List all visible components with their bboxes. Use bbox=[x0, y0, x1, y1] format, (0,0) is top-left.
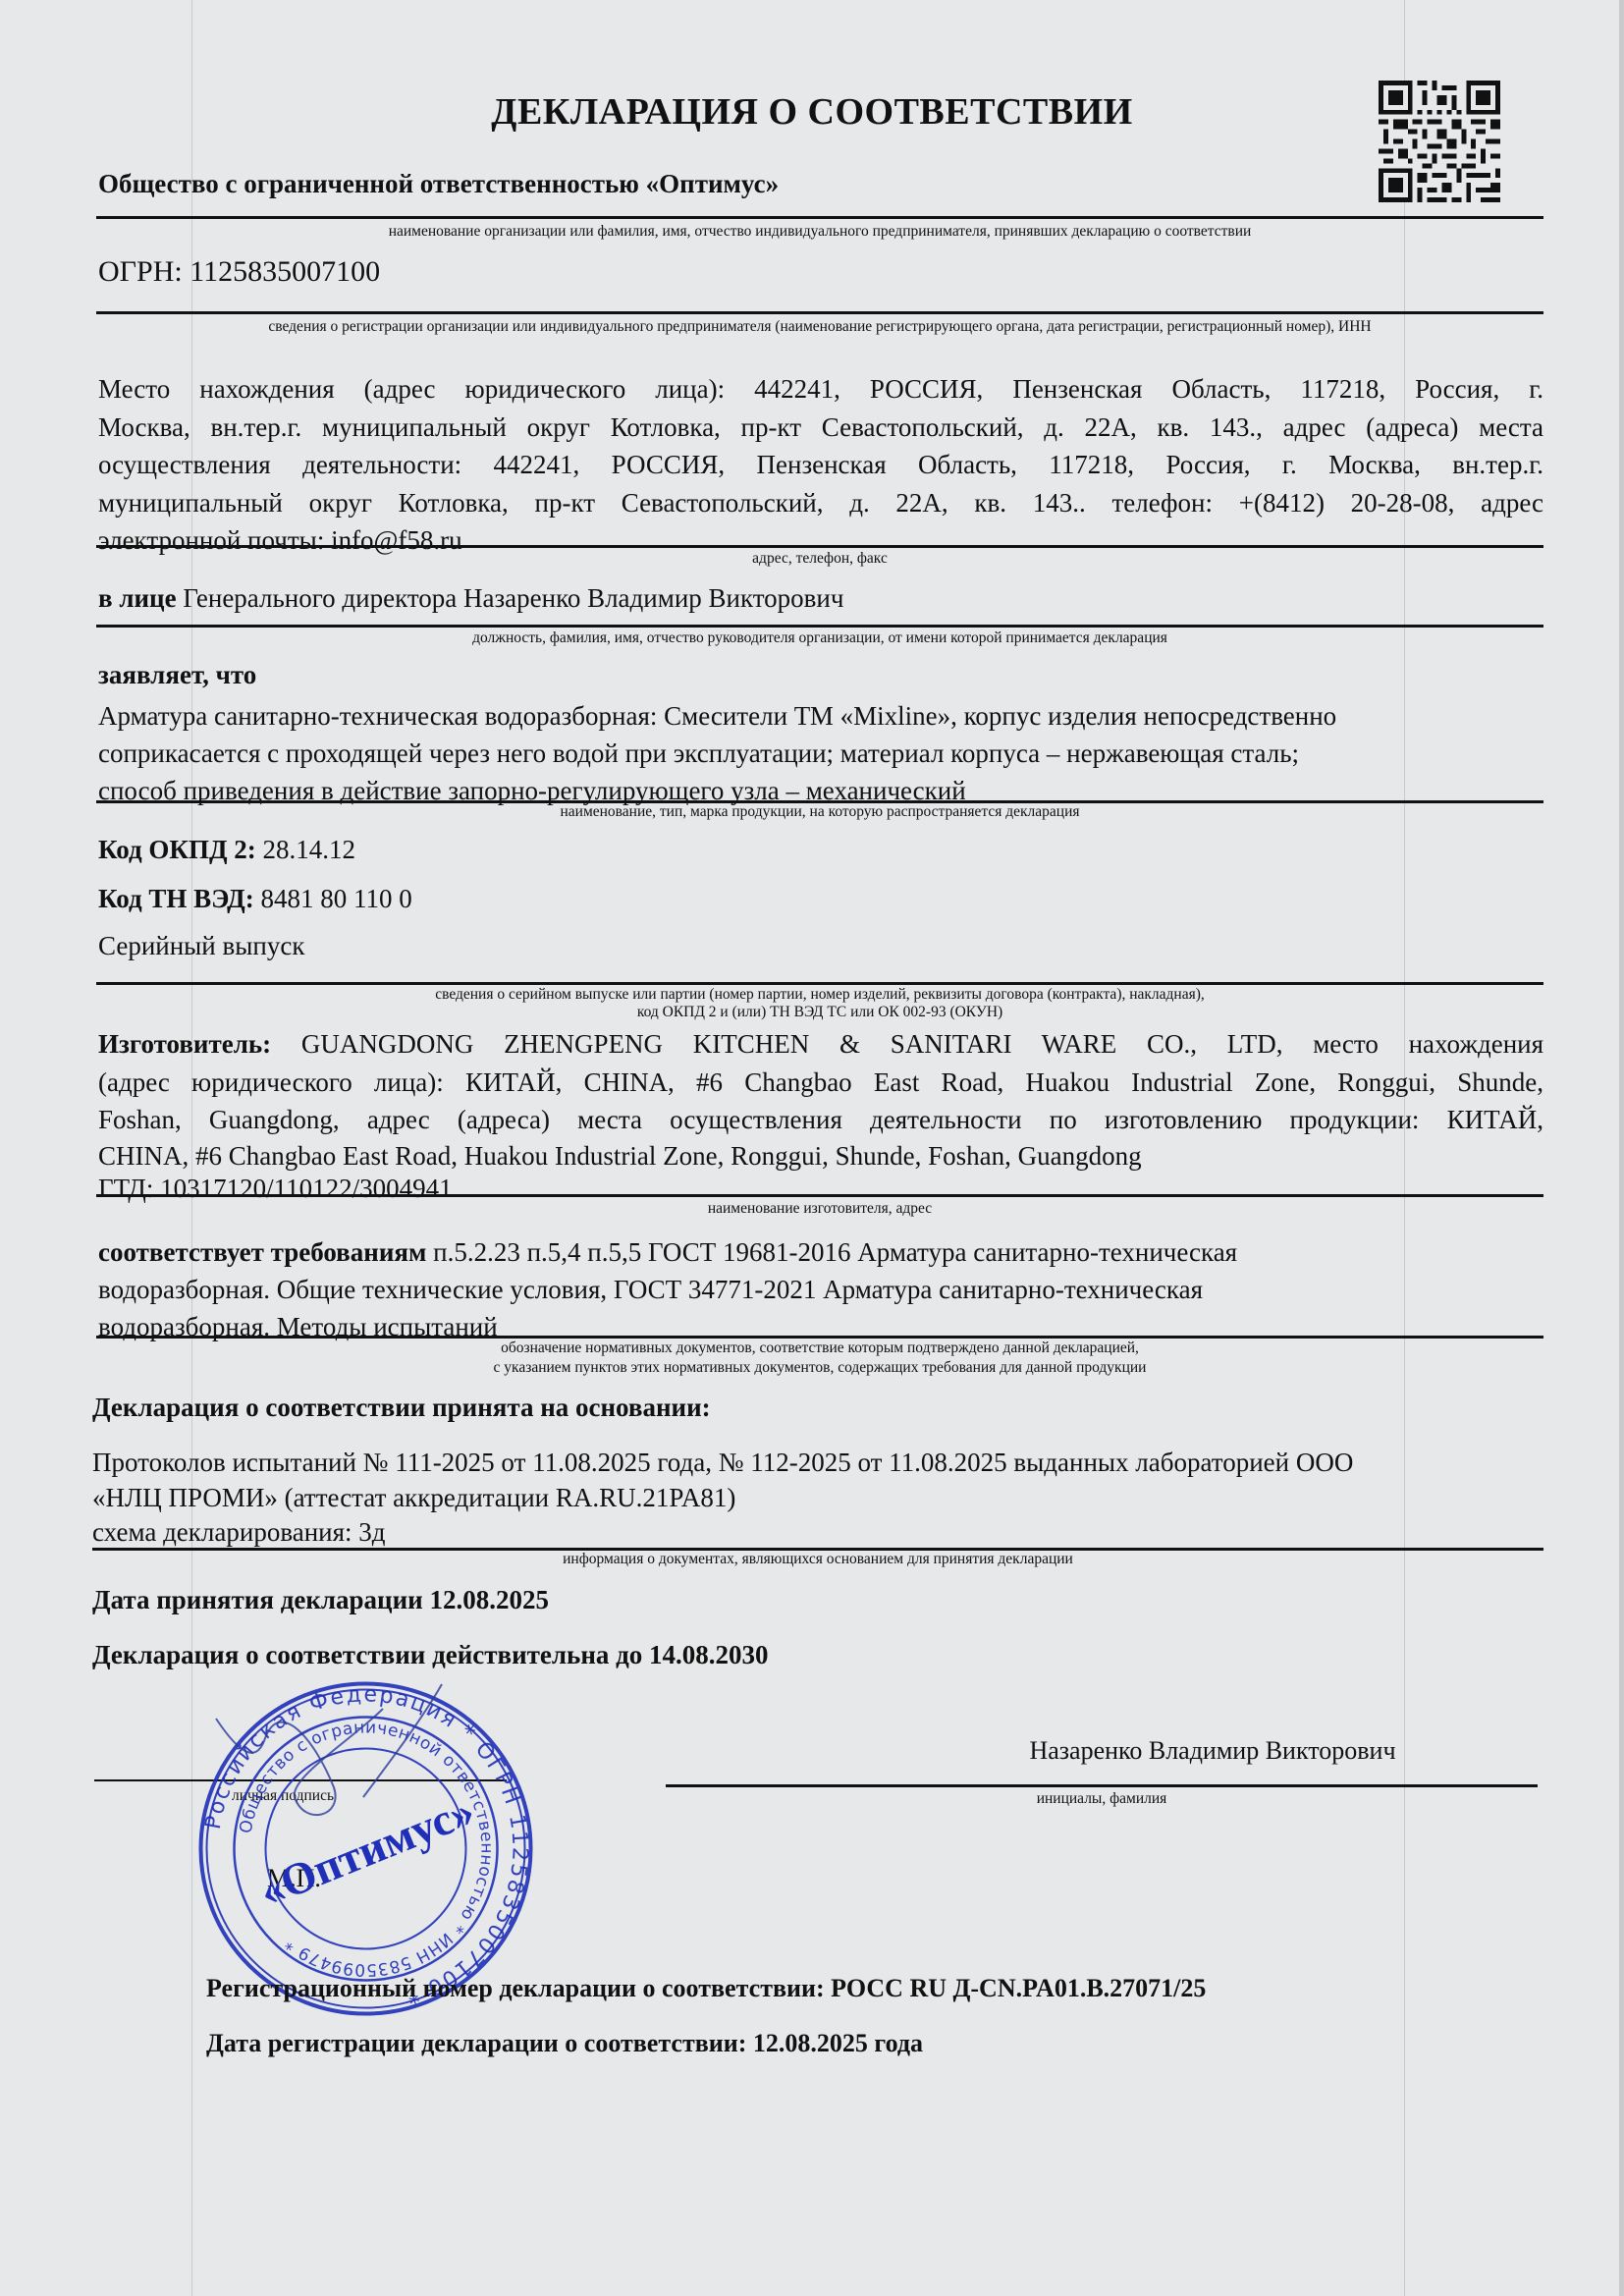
registration-number-label: Регистрационный номер декларации о соотв… bbox=[206, 1974, 825, 2002]
basis-heading: Декларация о соответствии принята на осн… bbox=[92, 1393, 711, 1423]
basis-line: схема декларирования: 3д bbox=[92, 1515, 1543, 1549]
compliance-line: соответствует требованиям п.5.2.23 п.5,4… bbox=[98, 1233, 1543, 1271]
representative-prefix: в лице bbox=[98, 583, 177, 613]
manufacturer-caption: наименование изготовителя, адрес bbox=[96, 1199, 1543, 1219]
release-type: Серийный выпуск bbox=[98, 927, 304, 964]
address-line: Москва, вн.тер.г. муниципальный округ Ко… bbox=[98, 409, 1543, 447]
compliance-text: п.5.2.23 п.5,4 п.5,5 ГОСТ 19681-2016 Арм… bbox=[433, 1237, 1237, 1267]
compliance-line: водоразборная. Общие технические условия… bbox=[98, 1271, 1543, 1308]
product-line: Арматура санитарно-техническая водоразбо… bbox=[98, 697, 1543, 735]
signer-line bbox=[666, 1784, 1538, 1787]
registration-number: Регистрационный номер декларации о соотв… bbox=[206, 1974, 1206, 2003]
product-description: Арматура санитарно-техническая водоразбо… bbox=[98, 697, 1543, 809]
manufacturer-line: CHINA, #6 Changbao East Road, Huakou Ind… bbox=[98, 1139, 1543, 1173]
divider bbox=[96, 1194, 1543, 1197]
manufacturer-label: Изготовитель: bbox=[98, 1029, 271, 1059]
compliance-caption: с указанием пунктов этих нормативных док… bbox=[96, 1358, 1543, 1378]
release-caption: код ОКПД 2 и (или) ТН ВЭД ТС или ОК 002-… bbox=[96, 1003, 1543, 1022]
signer-caption: инициалы, фамилия bbox=[666, 1789, 1538, 1809]
manufacturer-line: Foshan, Guangdong, адрес (адреса) места … bbox=[98, 1101, 1543, 1139]
okpd-code: Код ОКПД 2: 28.14.12 bbox=[98, 831, 355, 868]
product-caption: наименование, тип, марка продукции, на к… bbox=[96, 802, 1543, 822]
registration-date-label: Дата регистрации декларации о соответств… bbox=[206, 2029, 746, 2057]
product-line: соприкасается с проходящей через него во… bbox=[98, 735, 1543, 772]
compliance: соответствует требованиям п.5.2.23 п.5,4… bbox=[98, 1233, 1543, 1345]
manufacturer-line: (адрес юридического лица): КИТАЙ, CHINA,… bbox=[98, 1064, 1543, 1102]
page-edge bbox=[1619, 0, 1624, 2296]
applicant-name-caption: наименование организации или фамилия, им… bbox=[96, 222, 1543, 242]
release-caption: сведения о серийном выпуске или партии (… bbox=[96, 985, 1543, 1005]
address-line: Место нахождения (адрес юридического лиц… bbox=[98, 370, 1543, 409]
registration-date: Дата регистрации декларации о соответств… bbox=[206, 2029, 923, 2058]
declares-label: заявляет, что bbox=[98, 660, 256, 690]
basis-line: Протоколов испытаний № 111-2025 от 11.08… bbox=[92, 1444, 1543, 1481]
tnved-code: Код ТН ВЭД: 8481 80 110 0 bbox=[98, 880, 412, 917]
registration-number-value: РОСС RU Д-CN.PA01.B.27071/25 bbox=[831, 1974, 1206, 2002]
basis-caption: информация о документах, являющихся осно… bbox=[92, 1550, 1543, 1569]
svg-text:«Оптимус»: «Оптимус» bbox=[252, 1784, 481, 1916]
qr-code-icon bbox=[1378, 81, 1501, 202]
representative: в лице Генерального директора Назаренко … bbox=[98, 579, 843, 617]
divider bbox=[96, 545, 1543, 548]
basis: Протоколов испытаний № 111-2025 от 11.08… bbox=[92, 1444, 1543, 1549]
applicant-address: Место нахождения (адрес юридического лиц… bbox=[98, 370, 1543, 560]
signer-name: Назаренко Владимир Викторович bbox=[668, 1732, 1624, 1770]
ogrn: ОГРН: 1125835007100 bbox=[98, 253, 380, 291]
basis-line: «НЛЦ ПРОМИ» (аттестат аккредитации RA.RU… bbox=[92, 1481, 1543, 1515]
address-line: муниципальный округ Котловка, пр-кт Сева… bbox=[98, 484, 1543, 522]
okpd-label: Код ОКПД 2: bbox=[98, 835, 256, 864]
valid-until-date: Декларация о соответствии действительна … bbox=[92, 1640, 769, 1670]
manufacturer-line: Изготовитель: GUANGDONG ZHENGPENG KITCHE… bbox=[98, 1025, 1543, 1064]
company-stamp-icon: Российская Федерация * ОГРН 112583500710… bbox=[196, 1679, 535, 2018]
adoption-date: Дата принятия декларации 12.08.2025 bbox=[92, 1585, 549, 1615]
manufacturer-text: GUANGDONG ZHENGPENG KITCHEN & SANITARI W… bbox=[301, 1029, 1543, 1059]
compliance-label: соответствует требованиям bbox=[98, 1237, 426, 1267]
address-line: осуществления деятельности: 442241, РОСС… bbox=[98, 446, 1543, 484]
manufacturer: Изготовитель: GUANGDONG ZHENGPENG KITCHE… bbox=[98, 1025, 1543, 1204]
okpd-value: 28.14.12 bbox=[263, 835, 356, 864]
tnved-value: 8481 80 110 0 bbox=[261, 884, 412, 913]
divider bbox=[96, 216, 1543, 219]
divider bbox=[96, 311, 1543, 314]
compliance-caption: обозначение нормативных документов, соот… bbox=[96, 1339, 1543, 1358]
representative-name: Генерального директора Назаренко Владими… bbox=[183, 583, 843, 613]
tnved-label: Код ТН ВЭД: bbox=[98, 884, 254, 913]
registration-date-suffix: года bbox=[874, 2029, 923, 2057]
address-caption: адрес, телефон, факс bbox=[96, 549, 1543, 569]
ogrn-caption: сведения о регистрации организации или и… bbox=[96, 317, 1543, 337]
representative-caption: должность, фамилия, имя, отчество руково… bbox=[96, 629, 1543, 648]
applicant-name: Общество с ограниченной ответственностью… bbox=[98, 169, 779, 199]
registration-date-value: 12.08.2025 bbox=[753, 2029, 868, 2057]
divider bbox=[96, 625, 1543, 628]
